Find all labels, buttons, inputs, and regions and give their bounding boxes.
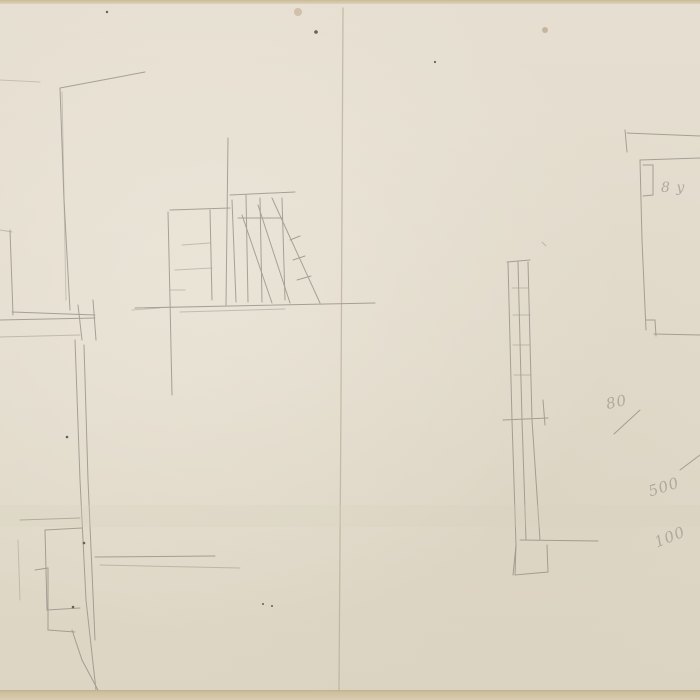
pencil-drawing xyxy=(0,0,700,700)
right-frame-label: 8 y xyxy=(661,180,685,196)
paper-bottom-edge xyxy=(0,690,700,700)
left-wall-sketch xyxy=(0,72,240,690)
right-frame-sketch xyxy=(614,130,700,470)
fold-line xyxy=(339,8,343,690)
paper-sheet: 8 y 80 500 100 xyxy=(0,0,700,700)
ladder-sketch xyxy=(135,138,375,395)
